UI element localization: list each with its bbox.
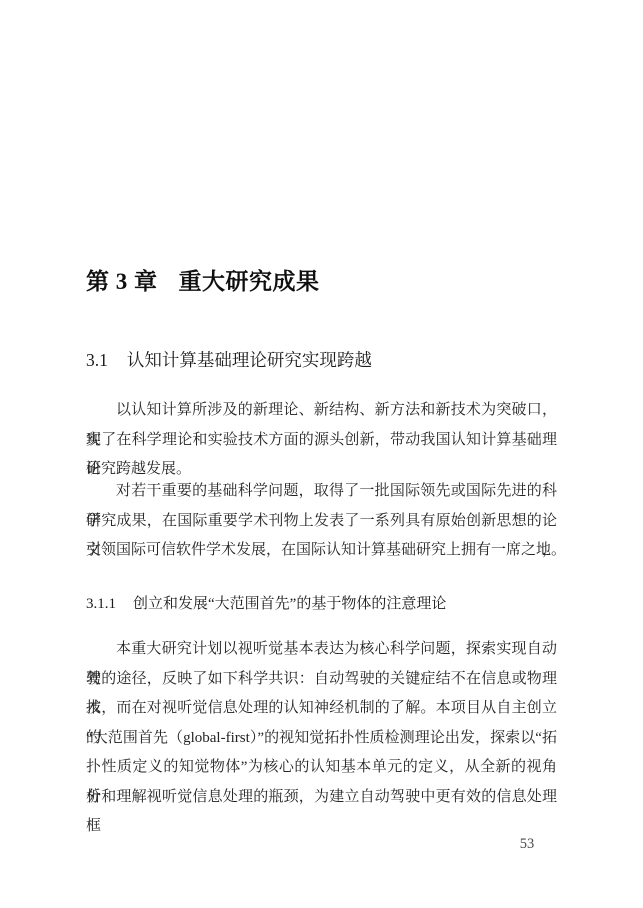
chapter-number: 第 3 章 [86,269,158,294]
chapter-title: 重大研究成果 [179,269,320,294]
body-line: 引领国际可信软件学术发展，在国际认知计算基础研究上拥有一席之地。 [86,536,557,566]
body-line: 研究成果，在国际重要学术刊物上发表了一系列具有原始创新思想的论文， [86,507,557,537]
section-title: 认知计算基础理论研究实现跨越 [127,350,372,370]
subsection-title: 创立和发展“大范围首先”的基于物体的注意理论 [133,596,446,612]
subsection-heading: 3.1.1创立和发展“大范围首先”的基于物体的注意理论 [86,592,446,613]
document-page: 第 3 章重大研究成果 3.1认知计算基础理论研究实现跨越 以认知计算所涉及的新… [0,0,643,908]
paragraph: 本重大研究计划以视听觉基本表达为核心科学问题，探索实现自动驾 驶的途径，反映了如… [86,635,557,812]
body-line: 以认知计算所涉及的新理论、新结构、新方法和新技术为突破口，实 [86,396,557,426]
body-line: 本重大研究计划以视听觉基本表达为核心科学问题，探索实现自动驾 [86,635,557,665]
body-line: 术，而在对视听觉信息处理的认知神经机制的了解。本项目从自主创立的 [86,694,557,724]
section-number: 3.1 [86,350,108,370]
page-number: 53 [512,836,542,853]
subsection-number: 3.1.1 [86,596,116,612]
body-line: 扑性质定义的知觉物体”为核心的认知基本单元的定义，从全新的视角分 [86,753,557,783]
body-line: “大范围首先（global-first）”的视知觉拓扑性质检测理论出发，探索以“… [86,724,557,754]
paragraph: 对若干重要的基础科学问题，取得了一批国际领先或国际先进的科学 研究成果，在国际重… [86,477,557,566]
body-line: 驶的途径，反映了如下科学共识：自动驾驶的关键症结不在信息或物理技 [86,665,557,695]
body-line: 对若干重要的基础科学问题，取得了一批国际领先或国际先进的科学 [86,477,557,507]
body-line: 析和理解视听觉信息处理的瓶颈，为建立自动驾驶中更有效的信息处理框 [86,783,557,813]
paragraph: 以认知计算所涉及的新理论、新结构、新方法和新技术为突破口，实 现了在科学理论和实… [86,396,557,485]
section-heading: 3.1认知计算基础理论研究实现跨越 [86,347,372,372]
chapter-heading: 第 3 章重大研究成果 [86,263,320,296]
body-line: 现了在科学理论和实验技术方面的源头创新，带动我国认知计算基础理论 [86,426,557,456]
